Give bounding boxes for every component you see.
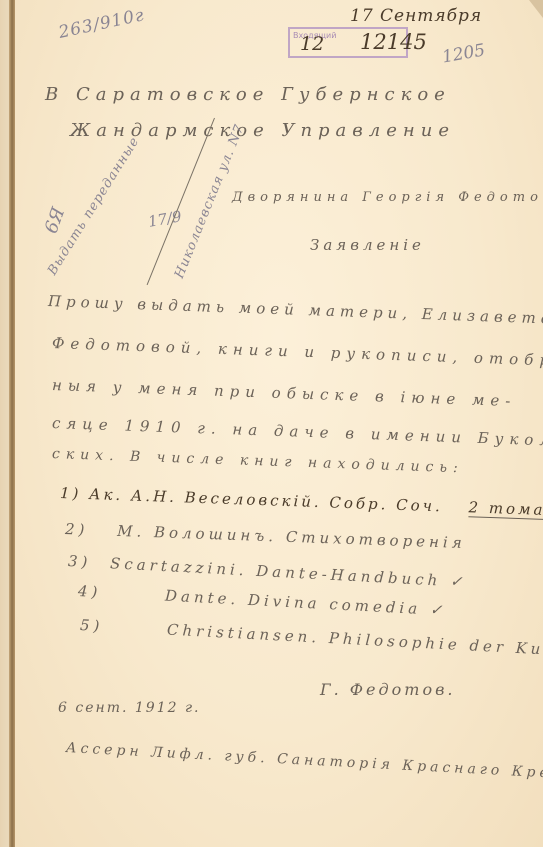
list-item-number: 3) [68, 552, 92, 571]
addressee-line-1: В Саратовское Губернское [45, 84, 451, 105]
stamp-day: 12 [300, 33, 324, 55]
list-item-extra: 2 тома [468, 498, 543, 520]
torn-corner [529, 0, 543, 18]
date-annotation: 17 Сентября [350, 6, 482, 26]
list-item-number: 4) [78, 582, 102, 601]
check-mark-icon: ✓ [429, 600, 446, 619]
stamp-number: 12145 [360, 30, 427, 54]
list-item-number: 5) [80, 616, 104, 635]
document-title: Заявленіе [310, 236, 425, 254]
list-item-number: 2) [65, 520, 89, 539]
sender: Дворянина Георгія Федотова [232, 190, 543, 205]
list-item-number: 1) [60, 484, 82, 503]
signature: Г. Федотов. [320, 680, 456, 699]
letter-date: 6 сент. 1912 г. [58, 700, 201, 716]
check-mark-icon: ✓ [450, 572, 467, 591]
